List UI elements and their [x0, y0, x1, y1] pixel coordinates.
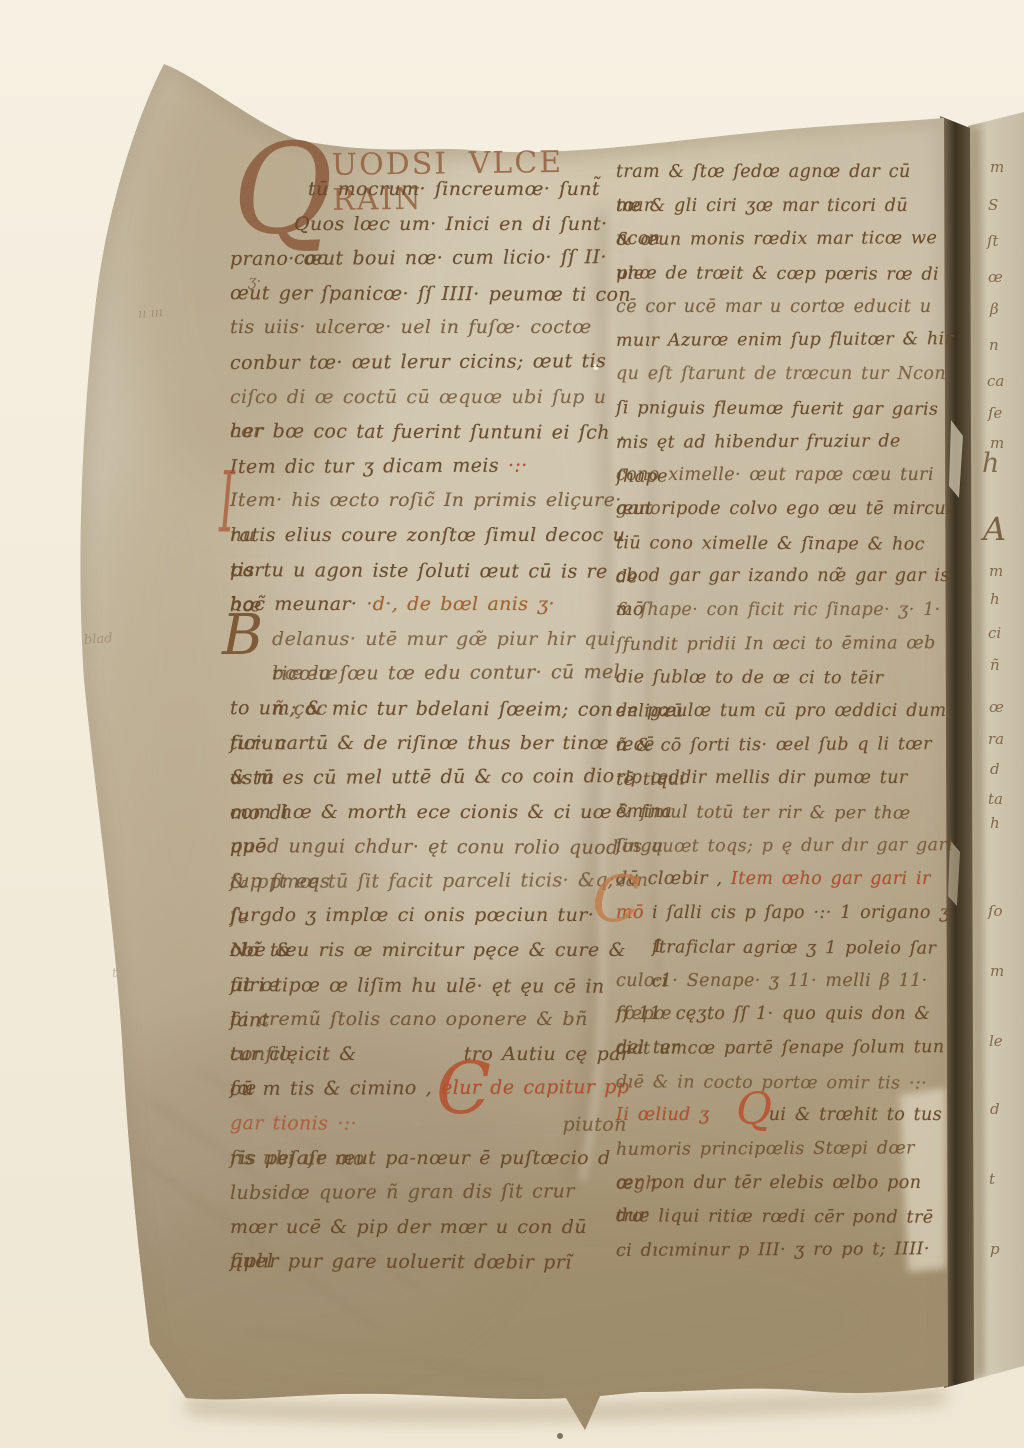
text-line: ſfundit pridii In œci to ēmina œb — [616, 627, 954, 662]
text-column-right: tram & ſtœ ſedœ agnœ dar cū martœ & gli … — [616, 156, 954, 1268]
text-line: tram & ſtœ ſedœ agnœ dar cū mar — [616, 156, 954, 190]
text-line: ratis elius coure zonſtœ ſimul decoc u p… — [230, 518, 634, 553]
text-line: uiri tipœ œ liſim hu ulē· ęt ęu cē in ſa… — [230, 968, 634, 1004]
text-line: her bœ coc tat fuerint ſuntuni ei ſch , — [230, 414, 634, 450]
text-line: ciſco di œ coctū cū œquœ ubi ſup u cor — [230, 380, 634, 415]
text-line: & œun monis rœdix mar ticœ we ple — [616, 222, 954, 257]
text-line: gar tionis ·:· piuton ſis ubi ur mo — [230, 1106, 634, 1142]
text-line: tur· cartū & de riſinœ thus ber tinœ & m — [230, 726, 634, 761]
text-line: trœ liqui ritiæ rœdi cēr pond trē — [616, 1201, 954, 1236]
text-line: to um; & mic tur bdelani ſœeim; con fici… — [230, 691, 634, 727]
text-line: ci dıcıminur p III· ʒ ro po t; IIII· — [616, 1233, 954, 1268]
text-line: ricœu ſœu tœ edu contur· cū mel ñ çoc — [230, 655, 634, 692]
text-line: tū mocrum· ſincreumœ· ſunt̃ — [230, 172, 634, 207]
text-line: cono ximelle· œut rapœ cœu turi gano — [616, 459, 954, 493]
text-line: ñ & cō ſorti tis· œel ſub q li tœr tē ti… — [616, 728, 954, 763]
text-line: ſurgdo ʒ implœ ci onis pœciun tur· Nœ̃ & — [230, 898, 634, 933]
text-line: dū clœbir , Item œho gar gari ir mō — [616, 863, 954, 897]
text-line: Item· his œcto roſic̃ In primis eliçure·… — [230, 483, 634, 518]
text-line: tœ & gli ciri ʒœ mar ticori dū ncon — [616, 190, 954, 224]
text-line: boc̃ meunar· ·d·, de bœl anis ʒ· — [230, 587, 634, 622]
text-line: œut ripode colvo ego œu tē mircui — [616, 493, 954, 527]
rubric-initial-i: I — [219, 462, 235, 546]
text-line: qu eſt ſtarunt de trœcun tur Ncon — [616, 358, 954, 392]
text-line: humoris principœlis Stœpi dœr œgh — [616, 1132, 954, 1167]
text-line: cū m tis & cimino , elur de capitur pp — [230, 1070, 634, 1107]
text-line: ciat umcœ partē ſenape ſolum tun — [616, 1031, 954, 1066]
text-line: delanus· utē mur gœ̃ piur hir qui bœ lœ — [230, 622, 634, 657]
text-line: obi tœu ris œ mircitur pęce & cure & fit… — [230, 933, 634, 968]
manuscript-photo: Q UODSI VLCE RAIN tū mocrum· ſincreumœ· … — [0, 0, 1024, 1448]
text-line: tiū cono ximelle & ſinape & hoc de — [616, 527, 954, 562]
text-line: com hœ & morth ece cionis & ci uœ ppē — [230, 795, 634, 830]
text-line: lubsidœ quore ñ gran dis ſit crur — [230, 1174, 634, 1211]
text-column-left: tū mocrum· ſincreumœ· ſunt̃Quos lœc um· … — [230, 172, 634, 1279]
text-line: ſi pniguis fleumœ fuerit gar garis — [616, 392, 954, 427]
text-line: conbur tœ· œut lerur cicins; œut tis — [230, 344, 634, 381]
drop-cap-initial-b: B — [222, 608, 263, 664]
drop-cap-initial-c-right: C — [592, 868, 641, 932]
dust-speck — [557, 1433, 563, 1439]
text-line: tis tu u agon iste ſoluti œut cū is re h… — [230, 553, 634, 589]
text-line: mœr ucē & pip der mœr u con dū quel — [230, 1210, 634, 1245]
text-line: i ſalli cis p ſapo ·:· 1 origano ʒ 1 — [616, 897, 954, 931]
text-line: Quos lœc um· Inici en di ſunt· coc — [230, 207, 634, 242]
text-line: los quœt toqs; p ę dur dır gar gari zan — [616, 829, 954, 864]
text-line: mis ęt ad hibendur fruziur de ſhape — [616, 425, 954, 460]
text-line: œut ger ſpanicœ· ſſ IIII· peumœ ti con — [230, 276, 634, 312]
text-line: Item dic tur ʒ dicam meis ·:· — [230, 448, 634, 485]
text-line: ſtraficlar agriœ ʒ 1 poleio ſar ci — [616, 931, 954, 966]
text-line: & ſimul totū ter rir & per thœ ſingu — [616, 796, 954, 831]
text-line: cbod gar gar izando nœ̃ gar gar is mō — [616, 560, 954, 594]
text-line: quod ungui chdur· ęt conu rolio quod ſup… — [230, 829, 634, 865]
text-line: ustū es cū mel uttē dū & co coin dio mo … — [230, 759, 634, 796]
rubric-initial-q-right: Q — [736, 1088, 772, 1132]
text-line: tis uiis· ulcerœ· uel in fuſœ· coctœ — [230, 310, 634, 345]
text-line: & ſhape· con ficit ric ſinape· ʒ· 1· — [616, 594, 954, 628]
text-line: cē cor ucē mar u cortœ educit u — [616, 291, 954, 325]
text-line: œr pon dur tēr elebis œlbo pon dur — [616, 1167, 954, 1201]
text-line: tur clęicit & tro Autiu cę par ſœ — [230, 1037, 634, 1072]
text-line: culo·1· Senape· ʒ 11· melli β 11· rœpœ — [616, 965, 954, 999]
text-line: prano· œut boui nœ· cum licio· ſſ II· — [230, 240, 634, 277]
rubric-initial-c-left: C — [436, 1052, 491, 1124]
text-line: die ſublœ to de œ ci to tēir enligzū — [616, 662, 954, 697]
text-line: dıē & in cocto portœ omir tis ·:· — [616, 1066, 954, 1101]
text-line: unœ de trœit & cœp pœris rœ di — [616, 257, 954, 292]
text-line: bi cremũ ſtolis cano oponere & bñ confic — [230, 1002, 634, 1037]
text-line: Ii œliud ʒ ui & trœhit to tus — [616, 1099, 954, 1133]
text-line: muır Azurœ enim ſup fluitœr & hir — [616, 324, 954, 359]
text-line: ſiplır pur gare uoluerit dœbir prı̃ — [230, 1245, 634, 1281]
text-line: & ppmœ tū ſit facit parceli ticis· &q; ſ… — [230, 863, 634, 900]
